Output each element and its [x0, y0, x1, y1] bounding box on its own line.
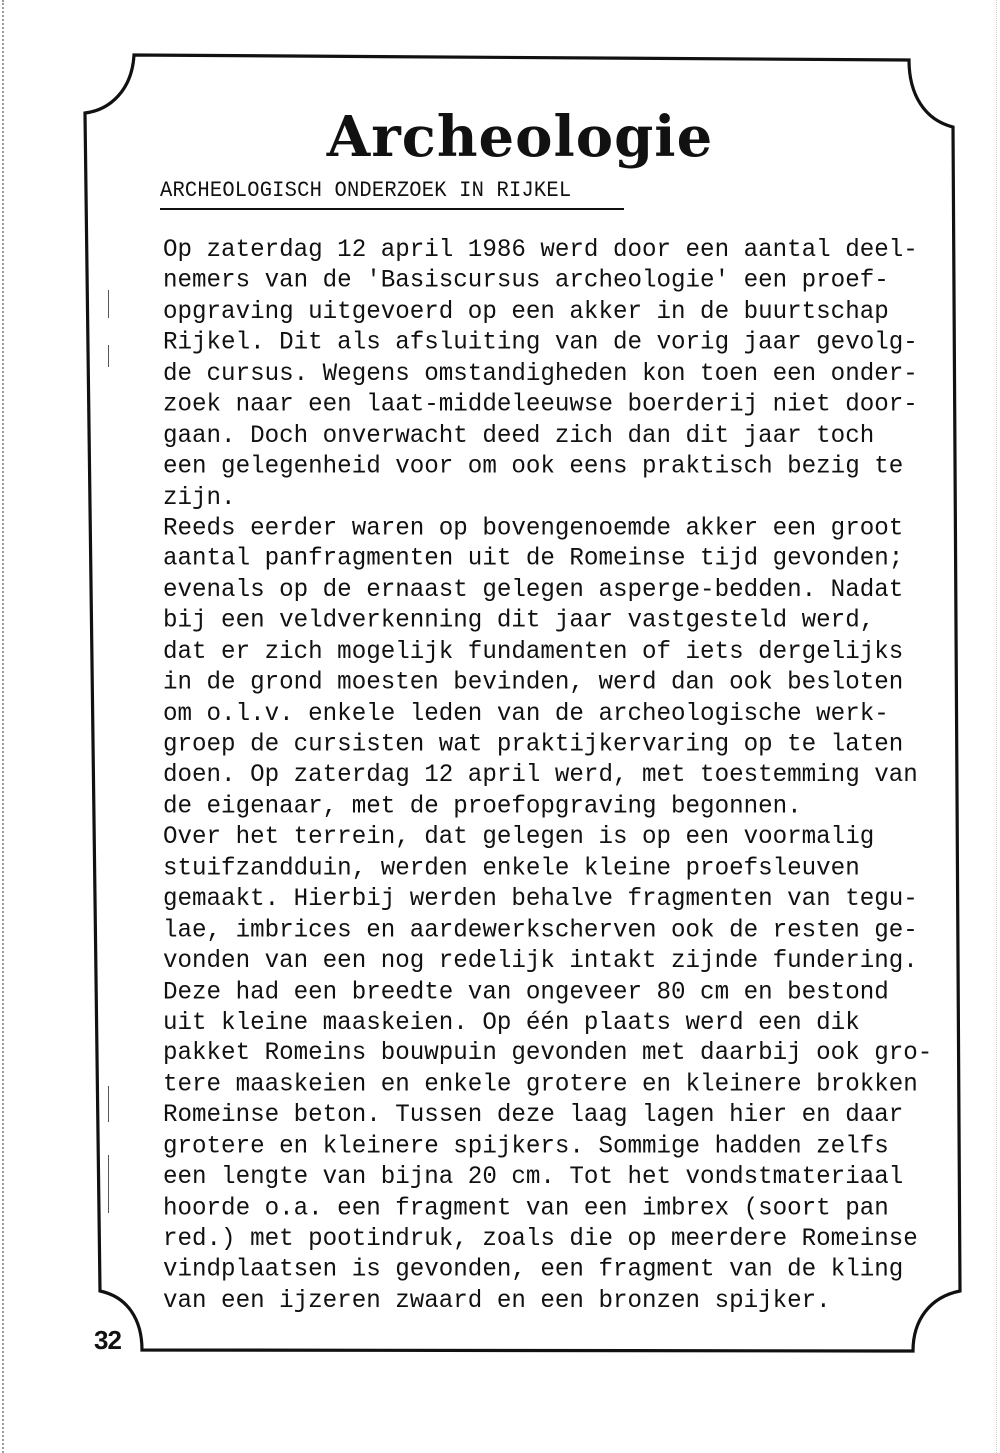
body-line: een lengte van bijna 20 cm. Tot het vond… — [163, 1162, 932, 1193]
article-body: Op zaterdag 12 april 1986 werd door een … — [163, 235, 932, 1317]
page-title: Archeologie — [0, 102, 1000, 172]
body-line: Deze had een breedte van ongeveer 80 cm … — [163, 977, 932, 1008]
body-line: de cursus. Wegens omstandigheden kon toe… — [163, 359, 932, 390]
body-line: opgraving uitgevoerd op een akker in de … — [163, 297, 932, 328]
body-line: om o.l.v. enkele leden van de archeologi… — [163, 699, 932, 730]
body-line: de eigenaar, met de proefopgraving begon… — [163, 791, 932, 822]
body-line: aantal panfragmenten uit de Romeinse tij… — [163, 544, 932, 575]
body-line: pakket Romeins bouwpuin gevonden met daa… — [163, 1039, 932, 1070]
body-line: zoek naar een laat-middeleeuwse boerderi… — [163, 390, 932, 421]
body-line: vindplaatsen is gevonden, een fragment v… — [163, 1255, 932, 1286]
body-line: Over het terrein, dat gelegen is op een … — [163, 822, 932, 853]
body-line: Reeds eerder waren op bovengenoemde akke… — [163, 513, 932, 544]
body-line: hoorde o.a. een fragment van een imbrex … — [163, 1193, 932, 1224]
heading-underline — [160, 208, 624, 210]
body-line: Op zaterdag 12 april 1986 werd door een … — [163, 235, 932, 266]
body-line: gaan. Doch onverwacht deed zich dan dit … — [163, 420, 932, 451]
page-number: 32 — [94, 1326, 121, 1354]
body-line: vonden van een nog redelijk intakt zijnd… — [163, 946, 932, 977]
body-line: grotere en kleinere spijkers. Sommige ha… — [163, 1131, 932, 1162]
margin-mark — [108, 345, 109, 367]
body-line: zijn. — [163, 482, 932, 513]
margin-mark — [108, 290, 109, 318]
body-line: red.) met pootindruk, zoals die op meerd… — [163, 1224, 932, 1255]
body-line: tere maaskeien en enkele grotere en klei… — [163, 1070, 932, 1101]
body-line: lae, imbrices en aardewerkscherven ook d… — [163, 915, 932, 946]
body-line: doen. Op zaterdag 12 april werd, met toe… — [163, 760, 932, 791]
body-line: nemers van de 'Basiscursus archeologie' … — [163, 266, 932, 297]
body-line: evenals op de ernaast gelegen asperge-be… — [163, 575, 932, 606]
margin-mark — [108, 1086, 109, 1122]
body-line: groep de cursisten wat praktijkervaring … — [163, 730, 932, 761]
body-line: dat er zich mogelijk fundamenten of iets… — [163, 637, 932, 668]
body-line: van een ijzeren zwaard en een bronzen sp… — [163, 1286, 932, 1317]
body-line: uit kleine maaskeien. Op één plaats werd… — [163, 1008, 932, 1039]
body-line: in de grond moesten bevinden, werd dan o… — [163, 668, 932, 699]
margin-mark — [108, 1155, 109, 1213]
body-line: bij een veldverkenning dit jaar vastgest… — [163, 606, 932, 637]
body-line: gemaakt. Hierbij werden behalve fragment… — [163, 884, 932, 915]
body-line: Romeinse beton. Tussen deze laag lagen h… — [163, 1100, 932, 1131]
article-heading: ARCHEOLOGISCH ONDERZOEK IN RIJKEL — [160, 176, 571, 206]
body-line: Rijkel. Dit als afsluiting van de vorig … — [163, 328, 932, 359]
body-line: stuifzandduin, werden enkele kleine proe… — [163, 853, 932, 884]
body-line: een gelegenheid voor om ook eens praktis… — [163, 451, 932, 482]
